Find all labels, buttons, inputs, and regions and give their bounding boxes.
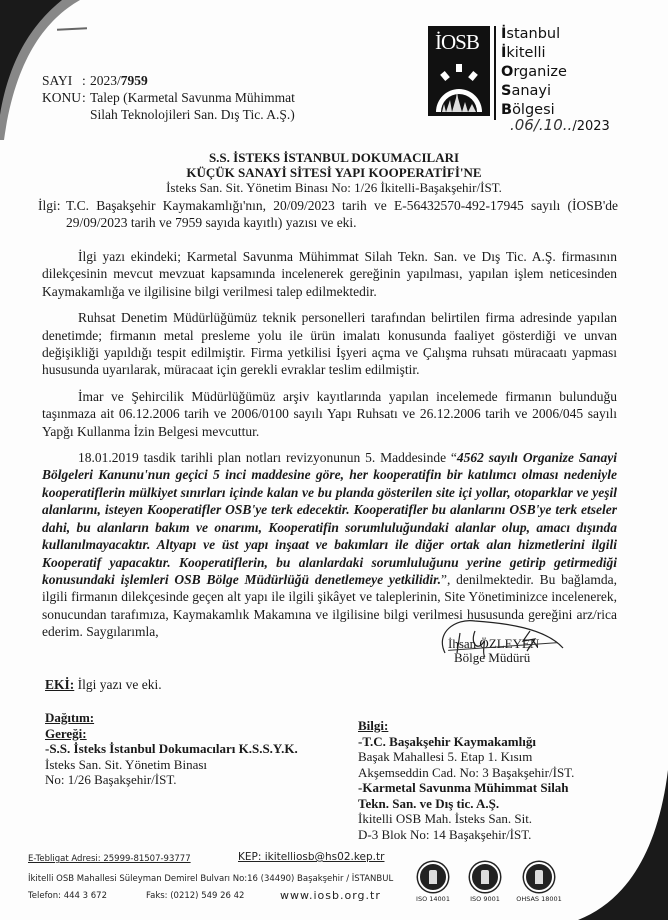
info-recipients-block: Bilgi: -T.C. Başakşehir Kaymakamlığı Baş… bbox=[358, 718, 574, 842]
handwritten-date: .06/.10.. bbox=[510, 116, 572, 134]
eki-text: İlgi yazı ve eki. bbox=[74, 677, 161, 692]
iosb-logo-text: İOSB bbox=[435, 30, 479, 55]
postal-address: İkitelli OSB Mahallesi Süleyman Demirel … bbox=[28, 874, 393, 884]
document-meta: SAYI : 2023/7959 KONU : Talep (Karmetal … bbox=[42, 72, 295, 123]
corner-swoosh-bottom-right bbox=[578, 770, 668, 920]
sayi-value: 2023/7959 bbox=[90, 72, 148, 89]
signatory-title: Bölge Müdürü bbox=[454, 650, 530, 666]
phone-number: Telefon: 444 3 672 bbox=[28, 891, 107, 901]
body-paragraph-3: İmar ve Şehircilik Müdürlüğümüz arşiv ka… bbox=[42, 388, 617, 440]
geregi-recipient: -S.S. İsteks İstanbul Dokumacıları K.S.S… bbox=[45, 741, 298, 757]
iso-9001-badge: ISO 9001 bbox=[460, 862, 510, 903]
document-date: .06/.10../2023 bbox=[510, 116, 610, 134]
body-paragraph-4: 18.01.2019 tasdik tarihli plan notları r… bbox=[42, 449, 617, 640]
certification-seal-icon bbox=[470, 862, 500, 892]
ohsas-18001-badge: OHSAS 18001 bbox=[514, 862, 564, 903]
certification-seal-icon bbox=[418, 862, 448, 892]
konu-value: Talep (Karmetal Savunma Mühimmat Silah T… bbox=[90, 89, 295, 123]
sayi-label: SAYI bbox=[42, 72, 82, 89]
geregi-label: Gereği: bbox=[45, 726, 298, 742]
kep-address-link[interactable]: KEP: ikitelliosb@hs02.kep.tr bbox=[238, 851, 384, 863]
reference-ilgi: İlgi: T.C. Başakşehir Kaymakamlığı'nın, … bbox=[38, 197, 618, 231]
konu-label: KONU bbox=[42, 89, 82, 123]
letter-body: İlgi yazı ekindeki; Karmetal Savunma Müh… bbox=[42, 248, 617, 650]
sayi-row: SAYI : 2023/7959 bbox=[42, 72, 295, 89]
logo-divider bbox=[494, 26, 496, 120]
addressee-address: İsteks San. Sit. Yönetim Binası No: 1/26… bbox=[0, 180, 668, 195]
website-link[interactable]: www.iosb.org.tr bbox=[280, 889, 381, 902]
eki-label: EKİ: bbox=[45, 677, 74, 692]
bilgi-recipient-1: -T.C. Başakşehir Kaymakamlığı bbox=[358, 734, 574, 750]
bilgi-recipient-2: -Karmetal Savunma Mühimmat Silah bbox=[358, 780, 574, 796]
bilgi-label: Bilgi: bbox=[358, 718, 574, 734]
geregi-address-2: No: 1/26 Başakşehir/İST. bbox=[45, 772, 298, 788]
konu-row: KONU : Talep (Karmetal Savunma Mühimmat … bbox=[42, 89, 295, 123]
ilgi-label: İlgi: bbox=[38, 197, 66, 231]
fax-number: Faks: (0212) 549 26 42 bbox=[146, 891, 244, 901]
addressee-line-2: KÜÇÜK SANAYİ SİTESİ YAPI KOOPERATİFİ'NE bbox=[0, 165, 668, 180]
e-tebligat-address: E-Tebligat Adresi: 25999-81507-93777 bbox=[28, 854, 191, 864]
iso-14001-badge: ISO 14001 bbox=[408, 862, 458, 903]
body-paragraph-2: Ruhsat Denetim Müdürlüğümüz teknik perso… bbox=[42, 309, 617, 379]
dagitim-label: Dağıtım: bbox=[45, 710, 298, 726]
body-paragraph-1: İlgi yazı ekindeki; Karmetal Savunma Müh… bbox=[42, 248, 617, 300]
attachment-line: EKİ: İlgi yazı ve eki. bbox=[45, 677, 162, 693]
plan-note-quote: 4562 sayılı Organize Sanayi Bölgeleri Ka… bbox=[42, 450, 617, 587]
addressee-line-1: S.S. İSTEKS İSTANBUL DOKUMACILARI bbox=[0, 150, 668, 165]
logo-wordmark: İstanbul İkitelli Organize Sanayi Bölges… bbox=[501, 25, 567, 120]
addressee-block: S.S. İSTEKS İSTANBUL DOKUMACILARI KÜÇÜK … bbox=[0, 150, 668, 195]
gear-skyline-icon bbox=[432, 60, 486, 112]
ilgi-text: T.C. Başakşehir Kaymakamlığı'nın, 20/09/… bbox=[66, 197, 618, 231]
geregi-address-1: İsteks San. Sit. Yönetim Binası bbox=[45, 757, 298, 773]
distribution-block: Dağıtım: Gereği: -S.S. İsteks İstanbul D… bbox=[45, 710, 298, 788]
certification-seal-icon bbox=[524, 862, 554, 892]
